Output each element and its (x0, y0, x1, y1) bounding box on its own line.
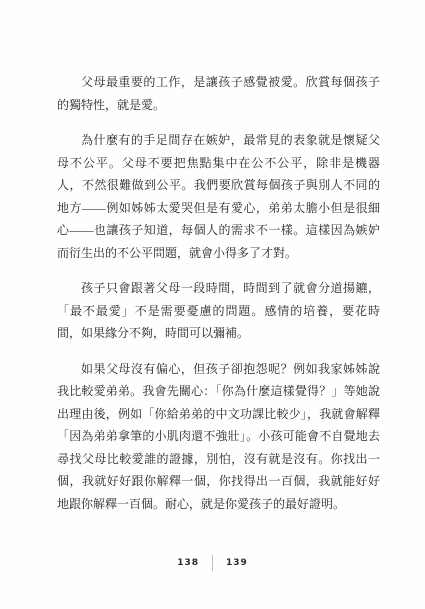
body-paragraph: 父母最重要的工作，是讓孩子感覺被愛。欣賞每個孩子的獨特性，就是愛。 (57, 71, 380, 116)
body-text: 父母最重要的工作，是讓孩子感覺被愛。欣賞每個孩子的獨特性，就是愛。 為什麼有的手… (57, 71, 380, 528)
page-number-left: 138 (177, 554, 199, 572)
body-paragraph: 為什麼有的手足間存在嫉妒，最常見的表象就是懷疑父母不公平。父母不要把焦點集中在公… (57, 129, 380, 264)
body-paragraph: 如果父母沒有偏心，但孩子卻抱怨呢？例如我家姊姊說我比較愛弟弟。我會先關心：「你為… (57, 358, 380, 516)
body-paragraph: 孩子只會跟著父母一段時間，時間到了就會分道揚鑣，「最不最愛」不是需要憂慮的問題。… (57, 277, 380, 345)
book-page: 父母最重要的工作，是讓孩子感覺被愛。欣賞每個孩子的獨特性，就是愛。 為什麼有的手… (0, 0, 425, 609)
page-footer: 138 139 (0, 554, 425, 572)
page-number-divider (212, 555, 213, 571)
page-number-right: 139 (226, 554, 248, 572)
